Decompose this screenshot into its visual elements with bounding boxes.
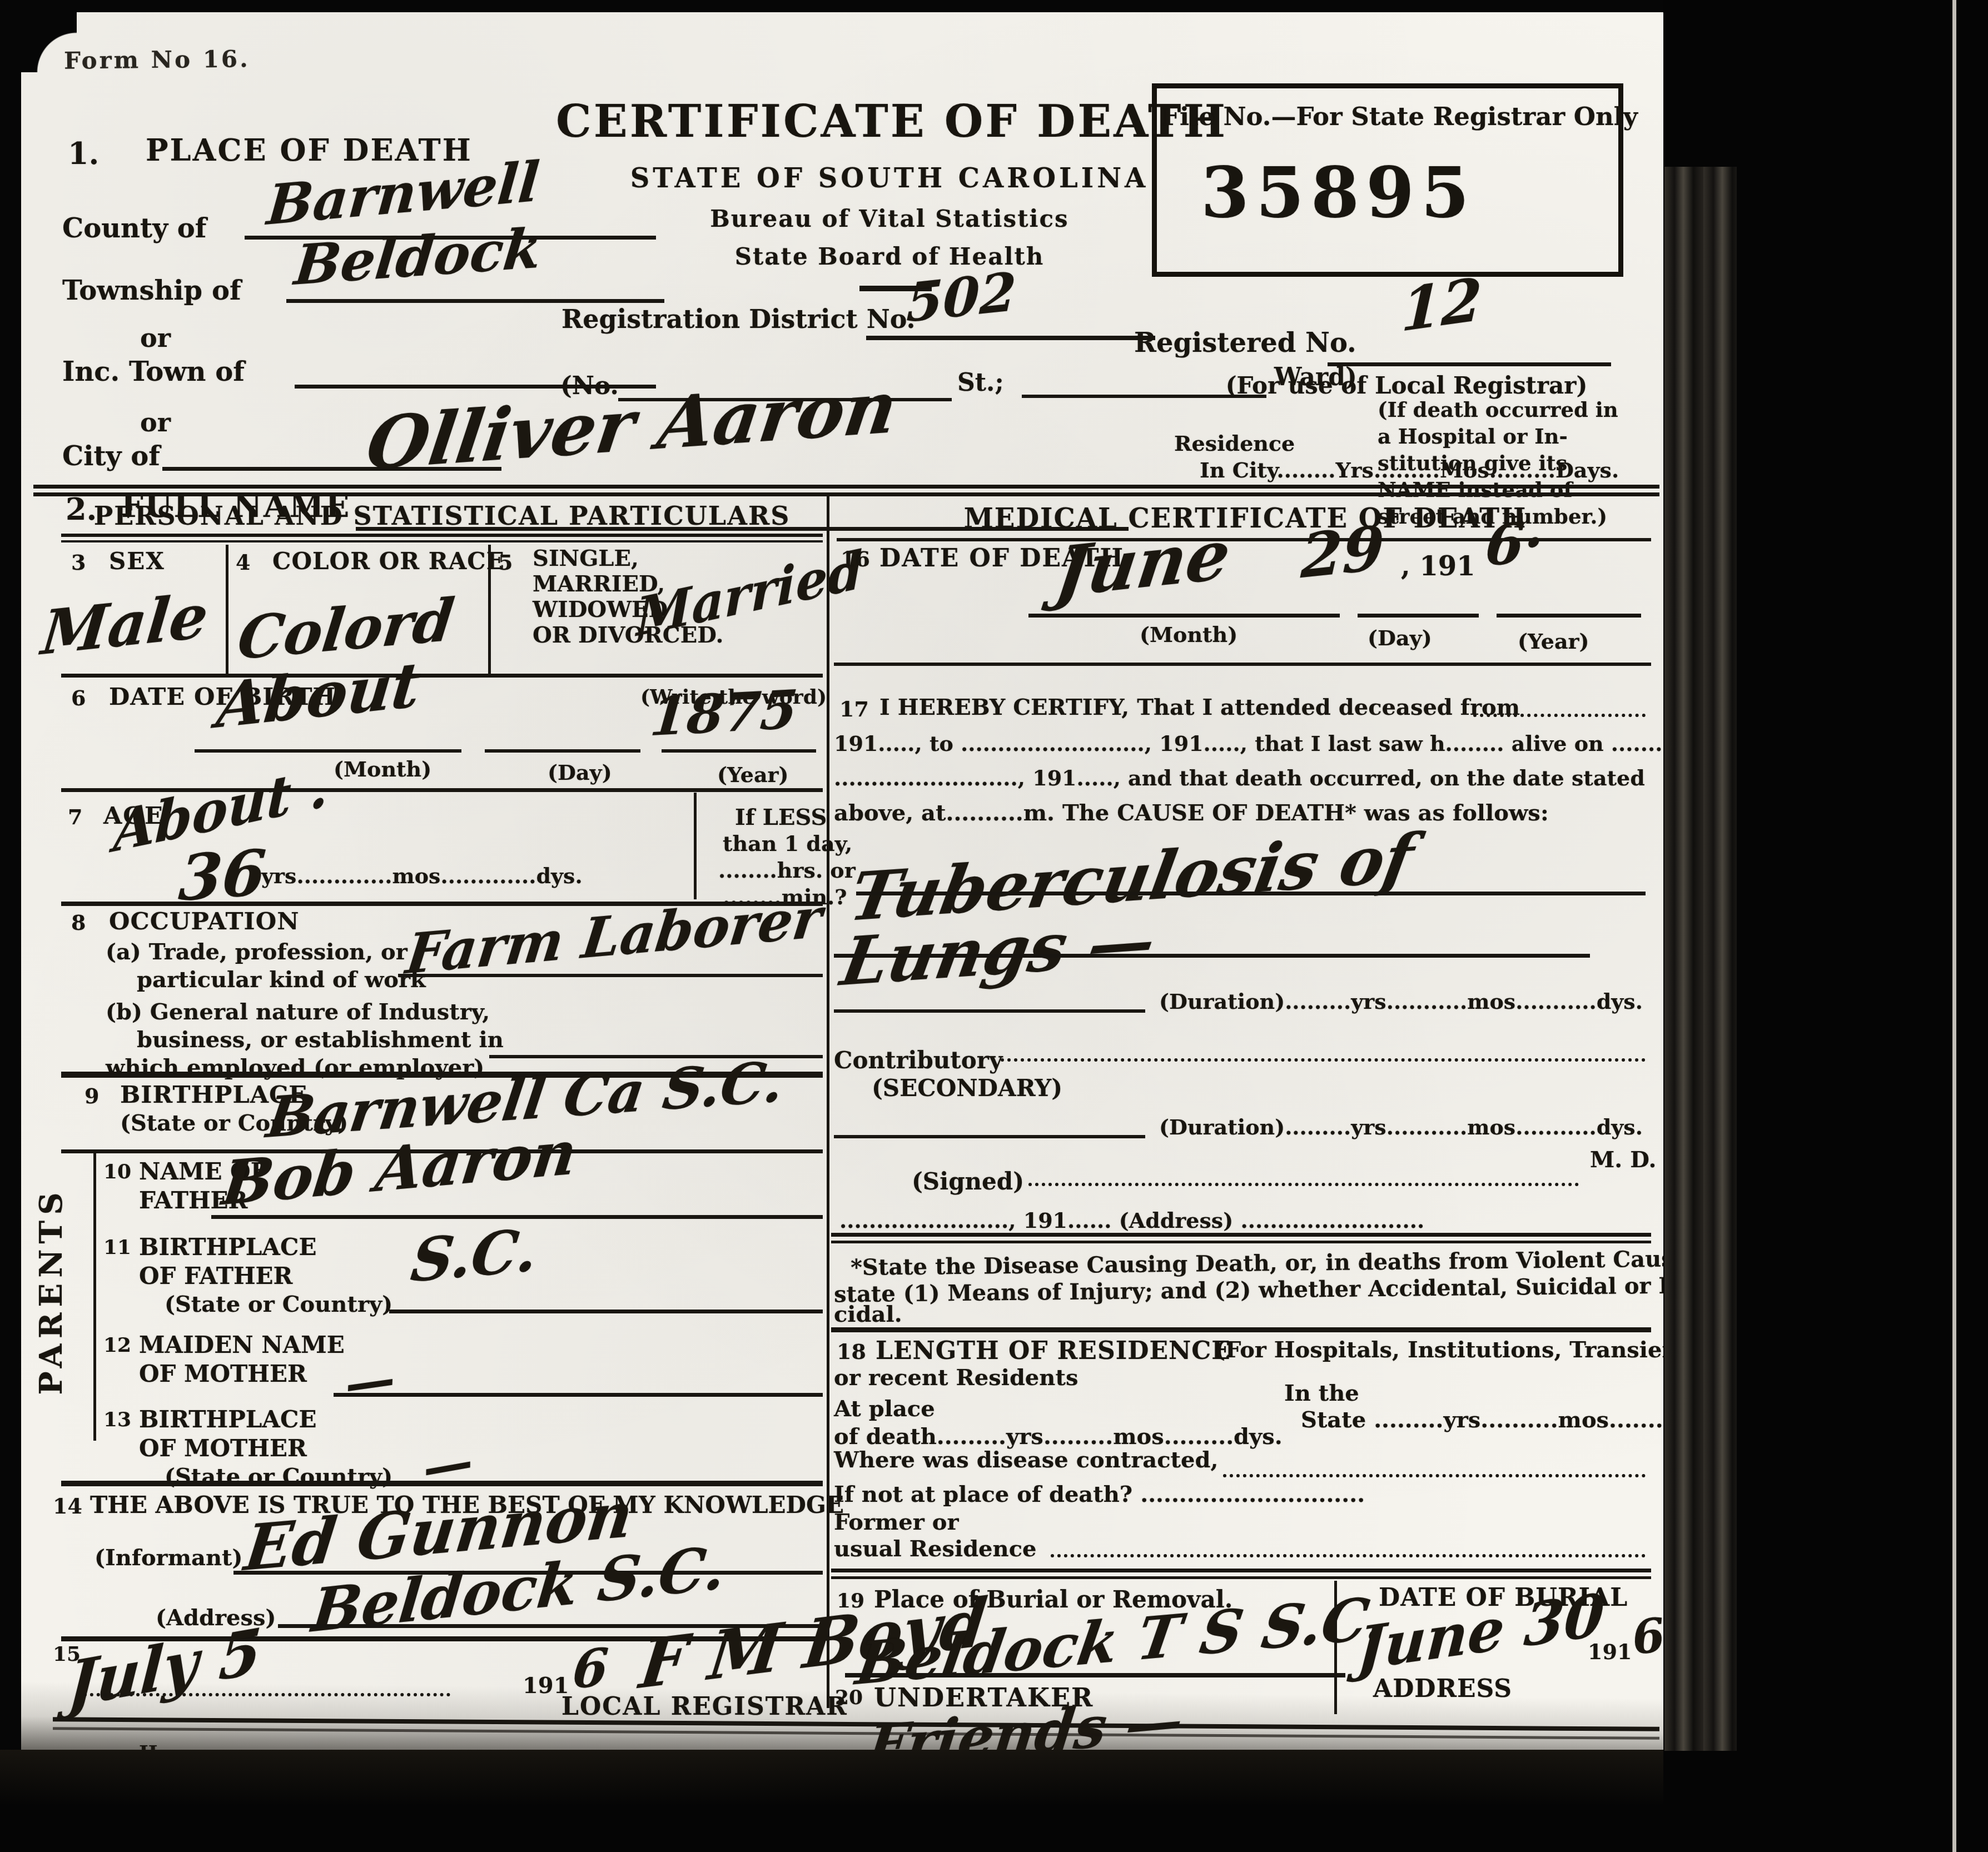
- residence-former-line2: usual Residence: [834, 1537, 1036, 1561]
- age-less-line3: ........hrs. or: [718, 859, 856, 882]
- burial-section-rule2: [831, 1576, 1651, 1579]
- hospital-note-line1: (If death occurred in: [1378, 399, 1618, 421]
- attest-number: 14: [53, 1495, 82, 1517]
- footnote-rule1: [831, 1233, 1651, 1237]
- corner-round-topleft: [10, 6, 77, 72]
- occupation-a-line: [398, 974, 823, 977]
- reg-district-label: Registration District No.: [561, 306, 916, 332]
- duration1-line: (Duration).........yrs...........mos....…: [1159, 990, 1643, 1013]
- registered-no-label: Registered No.: [1134, 329, 1356, 357]
- father-birthplace-label3: (State or Country): [165, 1293, 392, 1316]
- scanned-death-certificate: Form No 16. 1. PLACE OF DEATH County of …: [0, 0, 1988, 1852]
- county-label: County of: [62, 215, 206, 242]
- residence-at-place-line1: At place: [834, 1397, 935, 1421]
- sex-color-divider: [226, 545, 228, 676]
- reg-district-value: 502: [906, 265, 1017, 330]
- parents-label: PARENTS: [35, 1194, 68, 1395]
- dod-month-value: June: [1052, 519, 1235, 606]
- township-value: Beldock: [292, 221, 544, 293]
- bureau-line: Bureau of Vital Statistics: [556, 207, 1223, 231]
- burial-year-value: 6: [1630, 1611, 1667, 1661]
- township-label: Township of: [62, 277, 241, 305]
- residence-if-not-label: If not at place of death? ..............…: [834, 1483, 1365, 1506]
- residence-former-blank: [1051, 1554, 1646, 1557]
- certify-number: 17: [839, 698, 869, 720]
- duration1-blank: [834, 1009, 1145, 1013]
- occupation-a-line2: particular kind of work: [137, 968, 426, 992]
- occupation-a-line1: (a) Trade, profession, or: [106, 940, 407, 964]
- age-units-line: yrs.............mos.............dys.: [261, 865, 583, 887]
- scanner-edge-line: [1952, 0, 1956, 1852]
- duration2-line: (Duration).........yrs...........mos....…: [1159, 1116, 1643, 1138]
- duration2-blank: [834, 1135, 1145, 1138]
- reg-district-line: [866, 336, 1155, 340]
- dob-year-value: 1875: [648, 683, 799, 744]
- contributory-blank: [1001, 1058, 1646, 1062]
- dod-number: 16: [841, 548, 870, 570]
- signed-blank: [1028, 1183, 1579, 1186]
- dod-year-label: (Year): [1518, 630, 1589, 653]
- marital-number: 5: [498, 551, 513, 574]
- residence-contracted-blank: [1223, 1474, 1646, 1477]
- occupation-b-line2: business, or establishment in: [137, 1028, 504, 1052]
- burial-year-print: 191: [1588, 1641, 1632, 1663]
- form-number: Form No 16.: [64, 47, 250, 73]
- dod-month-label: (Month): [1140, 624, 1237, 646]
- certify-line1: I HEREBY CERTIFY, That I attended deceas…: [879, 696, 1520, 719]
- father-name-number: 10: [103, 1162, 131, 1183]
- township-line: [286, 299, 664, 303]
- row-rule-parents-bottom: [61, 1481, 823, 1486]
- personal-header-rule1: [61, 534, 823, 537]
- page-edge-texture: [1664, 167, 1737, 1751]
- personal-header-rule2: [61, 540, 823, 542]
- mother-maiden-number: 12: [103, 1335, 131, 1356]
- color-marital-divider: [488, 545, 491, 676]
- residence18-number: 18: [837, 1341, 866, 1363]
- father-birthplace-value: S.C.: [408, 1220, 541, 1290]
- city-label: City of: [62, 442, 160, 470]
- mother-birthplace-label1: BIRTHPLACE: [139, 1407, 316, 1432]
- age-cell-divider: [694, 793, 697, 899]
- residence18-label2: (For Hospitals, Institutions, Transients…: [1215, 1338, 1708, 1362]
- dod-year-value: 6·: [1484, 514, 1545, 574]
- registered-no-value: 12: [1400, 270, 1483, 340]
- mother-maiden-line: [334, 1393, 823, 1397]
- sex-label: SEX: [109, 549, 165, 574]
- file-no-value: 35895: [1201, 157, 1476, 230]
- residence-former-line1: Former or: [834, 1511, 959, 1534]
- residence18-label: LENGTH OF RESIDENCE: [876, 1338, 1231, 1364]
- item-1-number: 1.: [68, 138, 99, 170]
- or-label-1: or: [140, 325, 171, 351]
- age-less-line2: than 1 day,: [723, 833, 852, 855]
- dob-day-label: (Day): [548, 761, 612, 784]
- md-label: M. D.: [1590, 1148, 1656, 1172]
- parents-bracket: [93, 1152, 96, 1441]
- cause-blank-line2: [834, 954, 1590, 958]
- file-no-label: File No.—For State Registrar Only: [1162, 103, 1601, 130]
- sex-number: 3: [71, 551, 86, 574]
- father-birthplace-number: 11: [103, 1237, 131, 1258]
- father-birthplace-label1: BIRTHPLACE: [139, 1235, 316, 1259]
- mother-birthplace-label2: OF MOTHER: [139, 1436, 307, 1461]
- footnote-rule2: [831, 1241, 1651, 1243]
- burial-cell-divider: [1334, 1581, 1337, 1714]
- certify-line2: 191....., to ........................., …: [834, 733, 1684, 755]
- mother-maiden-value: —: [341, 1353, 398, 1410]
- mother-maiden-label1: MAIDEN NAME: [139, 1333, 345, 1357]
- certify-line3: ........................., 191....., and…: [834, 767, 1645, 789]
- age-less-line1: If LESS: [735, 806, 827, 829]
- certify-line4: above, at..........m. The CAUSE OF DEATH…: [834, 801, 1549, 825]
- frame-left: [0, 0, 21, 1852]
- dod-day-label: (Day): [1368, 627, 1432, 649]
- residence-in-state-line1: In the: [1284, 1382, 1359, 1405]
- burial-section-rule1: [831, 1569, 1651, 1572]
- dob-month-line: [195, 749, 461, 753]
- dob-number: 6: [71, 687, 86, 709]
- informant-label: (Informant): [95, 1546, 242, 1570]
- dob-year-line: [662, 749, 816, 753]
- column-divider: [827, 496, 829, 1708]
- main-divider-bottom: [33, 492, 1659, 496]
- personal-header: PERSONAL AND STATISTICAL PARTICULARS: [67, 502, 817, 529]
- dob-month-label: (Month): [334, 758, 431, 780]
- dod-day-line: [1358, 614, 1479, 618]
- occupation-b-line1: (b) General nature of Industry,: [106, 1000, 490, 1024]
- age-years-value: 36: [177, 842, 267, 910]
- marital-label-1: SINGLE,: [533, 547, 639, 570]
- state-line: STATE OF SOUTH CAROLINA: [556, 165, 1223, 192]
- street-st-label: St.;: [957, 370, 1004, 396]
- certificate-title: CERTIFICATE OF DEATH: [556, 98, 1223, 145]
- occupation-number: 8: [71, 912, 86, 934]
- age-number: 7: [68, 806, 82, 828]
- dod-year-print: , 191: [1401, 552, 1475, 580]
- inc-town-label: Inc. Town of: [62, 358, 245, 386]
- certify-line1-blank: [1473, 714, 1646, 717]
- registered-no-line: [1328, 362, 1611, 366]
- secondary-label: (SECONDARY): [872, 1076, 1062, 1101]
- registered-no-sub: (For use of Local Registrar): [1195, 374, 1618, 398]
- row-rule-sex: [61, 674, 823, 678]
- sign-date-line: ......................., 191...... (Addr…: [839, 1209, 1424, 1232]
- color-number: 4: [236, 551, 250, 574]
- hospital-note-line2: a Hospital or In-: [1378, 426, 1568, 447]
- main-divider-top: [33, 485, 1659, 489]
- residence-at-place-line2: of death.........yrs.........mos........…: [834, 1425, 1283, 1448]
- board-line: State Board of Health: [556, 245, 1223, 269]
- contributory-label: Contributory: [834, 1048, 1002, 1073]
- residence18-label3: or recent Residents: [834, 1366, 1078, 1390]
- cause-blank-line1: [856, 892, 1646, 895]
- residence-section-rule: [831, 1327, 1651, 1332]
- dod-year-line: [1497, 614, 1641, 618]
- dod-day-value: 29: [1300, 518, 1385, 588]
- footnote-line3: cidal.: [834, 1303, 902, 1326]
- father-birthplace-label2: OF FATHER: [139, 1264, 293, 1288]
- burial-number: 19: [837, 1591, 864, 1612]
- signed-label: (Signed): [912, 1169, 1024, 1194]
- mother-maiden-label2: OF MOTHER: [139, 1362, 307, 1386]
- dob-day-line: [485, 749, 640, 753]
- dod-month-line: [1028, 614, 1340, 618]
- residence-label: Residence: [1174, 432, 1295, 455]
- occupation-label: OCCUPATION: [109, 909, 300, 934]
- residence-contracted-label: Where was disease contracted,: [834, 1448, 1218, 1472]
- mother-birthplace-number: 13: [103, 1410, 131, 1431]
- or-label-2: or: [140, 409, 171, 436]
- dob-year-label: (Year): [717, 764, 789, 786]
- sex-value: Male: [39, 585, 211, 664]
- color-label: COLOR OR RACE: [272, 549, 505, 574]
- residence-line: In City........Yrs.........Mos.........D…: [1200, 459, 1619, 481]
- dod-row-rule: [834, 663, 1651, 666]
- father-birthplace-line: [389, 1310, 823, 1313]
- birthplace-number: 9: [85, 1085, 99, 1107]
- burial-place-line: [845, 1673, 1345, 1677]
